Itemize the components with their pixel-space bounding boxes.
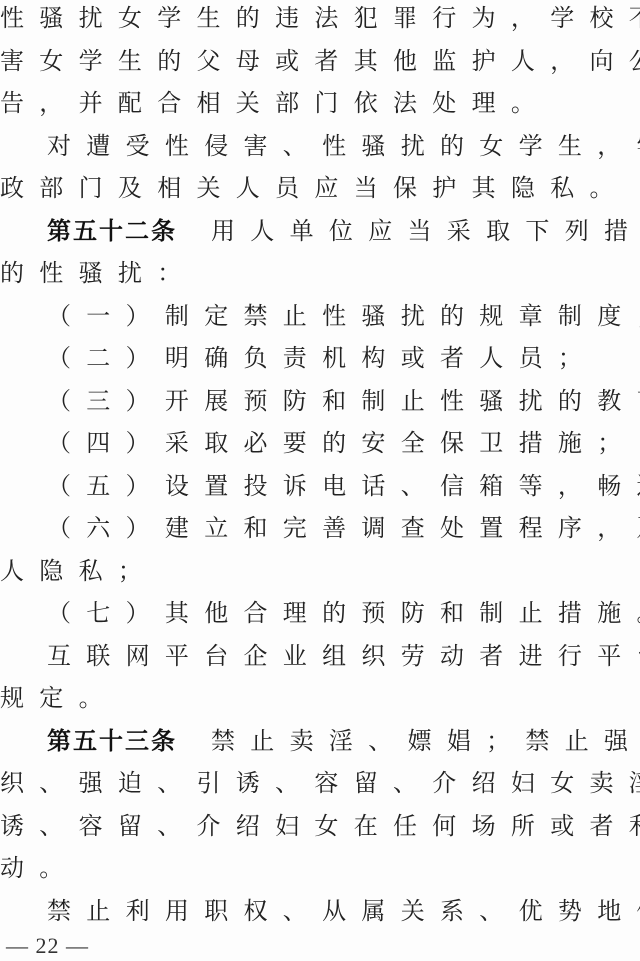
article-52-text: 用人单位应当采取下列措施预防和制止对妇女 (211, 217, 640, 245)
list-item-1: （一）制定禁止性骚扰的规章制度； (47, 301, 640, 343)
paragraph-platform: 互联网平台企业组织劳动者进行平台用工的，参照适用前款 (47, 641, 640, 683)
document-page: 性骚扰女学生的违法犯罪行为，学校不得隐瞒，应当及时通知受 害女学生的父母或者其他… (0, 0, 640, 961)
text-line: 规定。 (0, 683, 640, 725)
list-item-3: （三）开展预防和制止性骚扰的教育培训活动； (47, 386, 640, 428)
article-53-text: 禁止卖淫、嫖娼；禁止强奸、猥亵妇女或者组 (211, 727, 640, 755)
paragraph-abuse-of-power: 禁止利用职权、从属关系、优势地位或者照护职责对妇女实 (47, 896, 640, 938)
list-item-4: （四）采取必要的安全保卫措施； (47, 428, 640, 470)
article-52-line: 第五十二条用人单位应当采取下列措施预防和制止对妇女 (47, 216, 640, 258)
text-line: 织、强迫、引诱、容留、介绍妇女卖淫；禁止组织、强迫、引 (0, 768, 640, 810)
list-item-7: （七）其他合理的预防和制止措施。 (47, 598, 640, 640)
paragraph-privacy: 对遭受性侵害、性骚扰的女学生，学校、公安机关、教育行 (47, 131, 640, 173)
article-53-title: 第五十三条 (47, 727, 177, 755)
text-line: 性骚扰女学生的违法犯罪行为，学校不得隐瞒，应当及时通知受 (0, 3, 640, 45)
text-line: 害女学生的父母或者其他监护人，向公安机关、教育行政部门报 (0, 46, 640, 88)
text-line: 政部门及相关人员应当保护其隐私。 (0, 173, 640, 215)
list-item-2: （二）明确负责机构或者人员； (47, 343, 640, 385)
list-item-5: （五）设置投诉电话、信箱等，畅通投诉渠道； (47, 471, 640, 513)
text-line: 人隐私； (0, 556, 640, 598)
page-number: — 22 — (6, 933, 89, 959)
text-line: 的性骚扰： (0, 258, 640, 300)
article-52-title: 第五十二条 (47, 217, 177, 245)
text-line: 告，并配合相关部门依法处理。 (0, 88, 640, 130)
text-line: 诱、容留、介绍妇女在任何场所或者利用互联网进行淫秽表演活 (0, 811, 640, 853)
article-53-line: 第五十三条禁止卖淫、嫖娼；禁止强奸、猥亵妇女或者组 (47, 726, 640, 768)
text-line: 动。 (0, 853, 640, 895)
list-item-6: （六）建立和完善调查处置程序，及时处置纠纷并保护当事 (47, 513, 640, 555)
